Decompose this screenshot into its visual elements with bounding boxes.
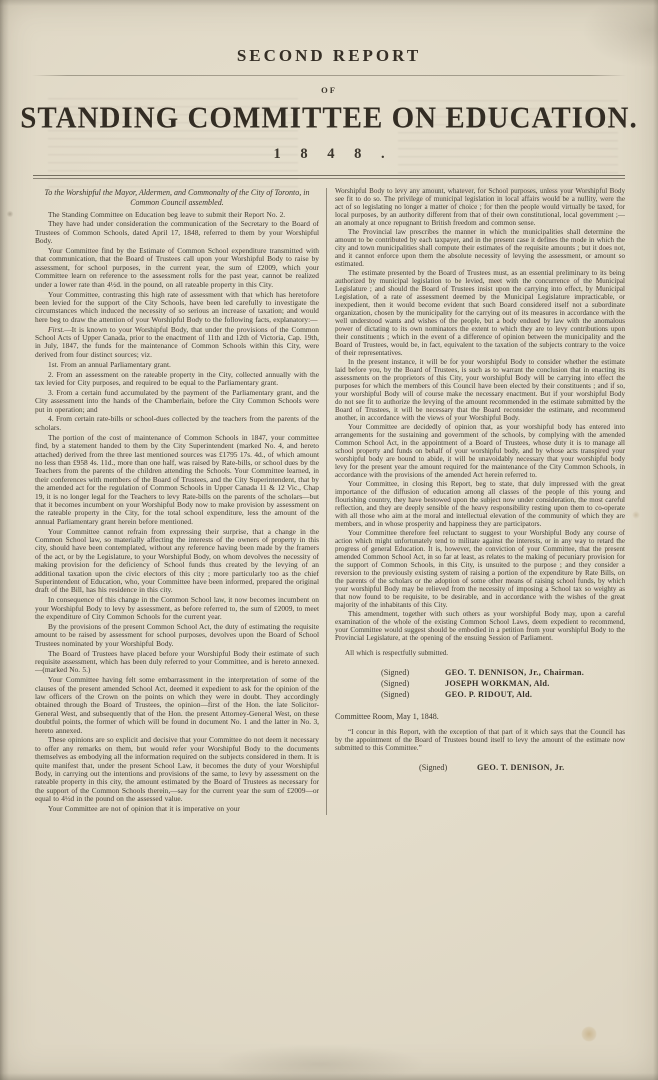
signed-label: (Signed) [381,689,445,700]
concurrence-quote: “I concur in this Report, with the excep… [335,729,625,753]
signature-row: (Signed) GEO. T. DENNISON, Jr., Chairman… [335,667,625,678]
paragraph: The Standing Committee on Education beg … [35,211,319,219]
committee-room-dateline: Committee Room, May 1, 1848. [335,712,625,721]
report-kicker: SECOND REPORT [0,46,658,66]
paragraph-first-point: First.—It is known to your Worshipful Bo… [35,326,319,360]
paragraph: They have had under consideration the co… [35,220,319,245]
paragraph: This amendment, together with such other… [335,611,625,643]
signed-label: (Signed) [381,667,445,678]
paragraph: By the provisions of the present Common … [35,623,319,648]
paragraph: Your Committee cannot refrain from expre… [35,528,319,595]
thin-rule [32,75,626,76]
left-column: To the Worshipful the Mayor, Aldermen, a… [35,188,326,815]
paragraph: Your Committee find by the Estimate of C… [35,247,319,289]
salutation: To the Worshipful the Mayor, Aldermen, a… [41,188,313,208]
submitted-line: All which is respectfully submitted. [335,650,625,658]
double-rule [33,175,625,179]
two-column-body: To the Worshipful the Mayor, Aldermen, a… [35,188,625,815]
signature-block: (Signed) GEO. T. DENNISON, Jr., Chairman… [335,667,625,700]
paragraph: The Provincial law prescribes the manner… [335,229,625,269]
paragraph-text: —It is known to your Worshipful Body, th… [35,325,319,359]
signer-name: GEO. T. DENISON, Jr. [477,762,565,773]
of-line: OF [0,85,658,95]
signer-name: GEO. T. DENNISON, Jr., Chairman. [445,667,584,678]
signed-label: (Signed) [419,762,477,773]
final-signature-row: (Signed) GEO. T. DENISON, Jr. [335,762,625,773]
paragraph: Your Committee, contrasting this high ra… [35,291,319,325]
signature-row: (Signed) JOSEPH WORKMAN, Ald. [335,678,625,689]
signed-label: (Signed) [381,678,445,689]
paragraph-continuation: Worshipful Body to levy any amount, what… [335,188,625,228]
paragraph: The Board of Trustees have placed before… [35,650,319,675]
paragraph: Your Committee having felt some embarras… [35,676,319,735]
paragraph-continuation: Your Committee are not of opinion that i… [35,805,319,813]
signer-name: JOSEPH WORKMAN, Ald. [445,678,550,689]
paragraph: Your Committee are decidedly of opinion … [335,424,625,480]
paragraph: Your Committee therefore feel reluctant … [335,530,625,609]
paragraph: The portion of the cost of maintenance o… [35,434,319,526]
report-header: SECOND REPORT OF STANDING COMMITTEE ON E… [0,0,658,179]
signer-name: GEO. P. RIDOUT, Ald. [445,689,532,700]
paragraph: The estimate presented by the Board of T… [335,270,625,357]
paragraph: These opinions are so explicit and decis… [35,736,319,803]
paragraph: In the present instance, it will be for … [335,359,625,423]
list-item: 4. From certain rate-bills or school-due… [35,415,319,432]
list-item: 3. From a certain fund accumulated by th… [35,389,319,414]
signature-row: (Signed) GEO. P. RIDOUT, Ald. [335,689,625,700]
paragraph: In consequence of this change in the Com… [35,596,319,621]
list-item: 2. From an assessment on the rateable pr… [35,371,319,388]
right-column: Worshipful Body to levy any amount, what… [327,188,625,815]
scanned-report-page: SECOND REPORT OF STANDING COMMITTEE ON E… [0,0,658,1080]
list-item: 1st. From an annual Parliamentary grant. [35,361,319,369]
report-year: 1 8 4 8 . [0,146,658,163]
paragraph: Your Committee, in closing this Report, … [335,481,625,529]
page-title: STANDING COMMITTEE ON EDUCATION. [0,101,658,135]
